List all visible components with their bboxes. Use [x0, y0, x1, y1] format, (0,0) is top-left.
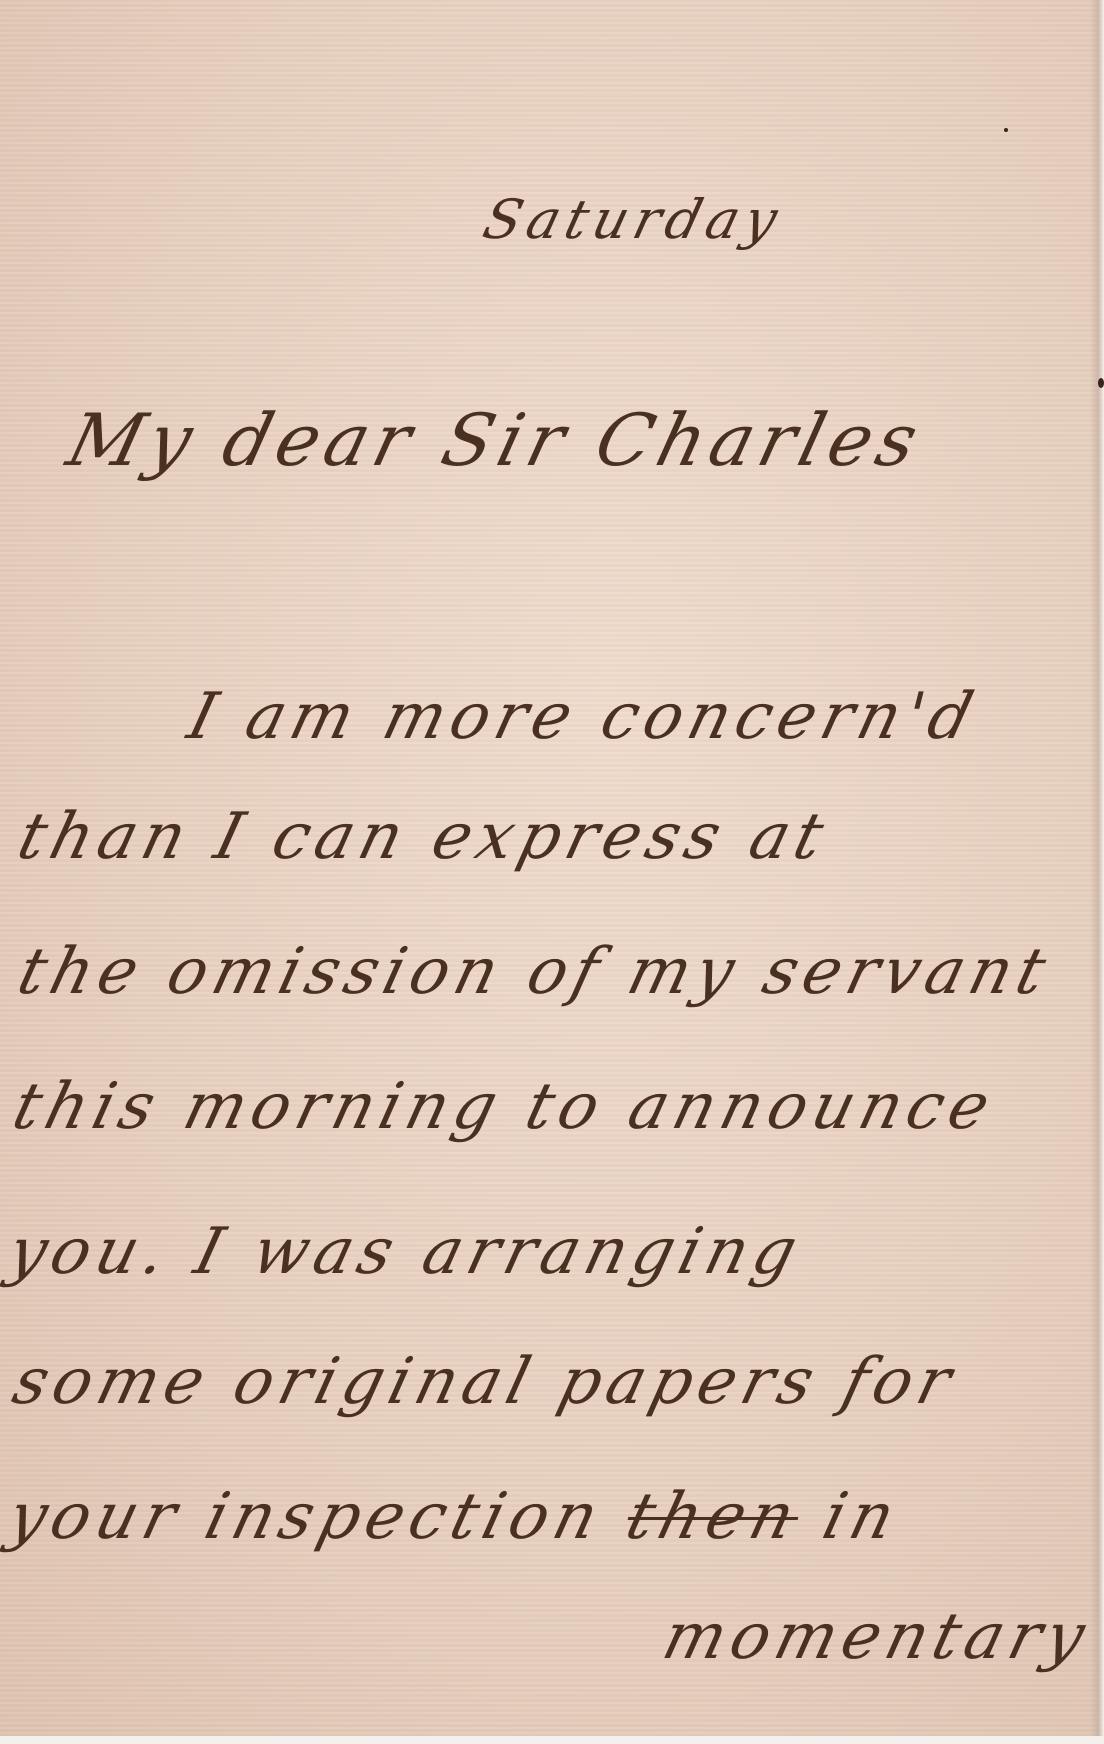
ink-speck: [1098, 378, 1104, 388]
body-line-7: your inspection then in: [1, 1480, 908, 1554]
salutation: My dear Sir Charles: [60, 398, 932, 482]
body-line-4: this morning to announce: [6, 1070, 1003, 1144]
page-bottom-edge: [0, 1736, 1104, 1744]
body-line-5: you. I was arranging: [1, 1215, 810, 1289]
ink-speck: [1004, 128, 1008, 132]
body-line-7-text: your inspection: [1, 1480, 611, 1554]
catchword: momentary: [656, 1600, 1098, 1674]
body-line-6: some original papers for: [6, 1345, 965, 1419]
body-line-2: than I can express at: [11, 800, 837, 874]
letter-page: Saturday My dear Sir Charles I am more c…: [0, 0, 1104, 1744]
page-right-edge: [1090, 0, 1104, 1744]
after-struck-word: in: [815, 1480, 907, 1554]
body-line-1: I am more concern'd: [181, 680, 986, 754]
body-line-3: the omission of my servant: [11, 935, 1059, 1009]
dateline: Saturday: [477, 188, 789, 251]
struck-word: then: [619, 1480, 807, 1554]
